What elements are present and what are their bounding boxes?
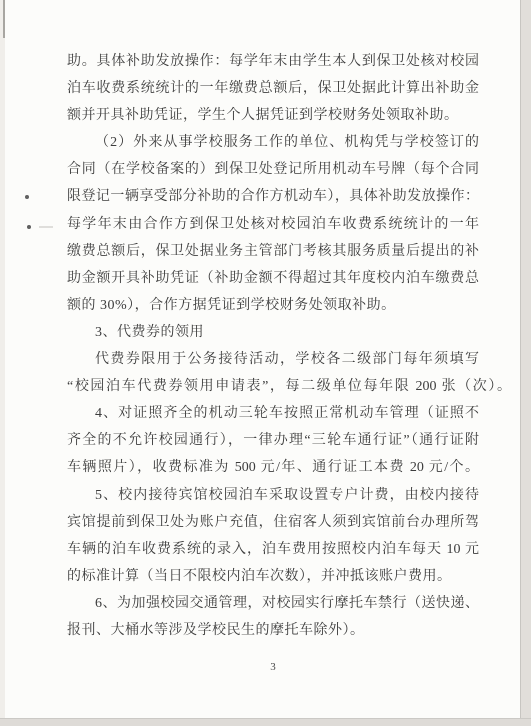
page-right-edge [520,0,531,726]
document-line: 限登记一辆享受部分补助的合作方机动车），具体补助发放操作： [67,183,479,210]
document-line: 4、对证照齐全的机动三轮车按照正常机动车管理（证照不 [67,400,479,427]
scan-artifact-dot [27,225,31,229]
document-page: 助。具体补助发放操作：每学年末由学生本人到保卫处核对校园泊车收费系统统计的一年缴… [5,0,520,718]
document-line: 助。具体补助发放操作：每学年末由学生本人到保卫处核对校园 [67,48,479,75]
document-line: 泊车收费系统统计的一年缴费总额后，保卫处据此计算出补助金 [67,75,479,102]
document-line: 助金额开具补助凭证（补助金额不得超过其年度校内泊车缴费总 [67,265,479,292]
document-line: （2）外来从事学校服务工作的单位、机构凭与学校签订的 [67,129,479,156]
scan-crease [3,0,5,38]
document-line: 5、校内接待宾馆校园泊车采取设置专户计费，由校内接待 [67,482,479,509]
document-line: 额并开具补助凭证，学生个人据凭证到学校财务处领取补助。 [67,102,479,129]
scanned-document: { "colors": { "paper": "#fcfcfa", "ink":… [0,0,531,726]
page-bottom-edge [0,718,531,726]
document-line: 车辆的泊车收费系统的录入，泊车费用按照校内泊车每天 10 元 [67,536,479,563]
document-line: 车辆照片），收费标准为 500 元/年、通行证工本费 20 元/个。 [67,454,479,481]
document-line: “校园泊车代费券领用申请表”，每二级单位每年限 200 张（次）。 [67,373,511,400]
document-line: 6、为加强校园交通管理，对校园实行摩托车禁行（送快递、 [67,590,479,617]
document-body: 助。具体补助发放操作：每学年末由学生本人到保卫处核对校园泊车收费系统统计的一年缴… [67,48,479,644]
document-line: 3、代费券的领用 [67,319,479,346]
page-left-edge [0,0,5,726]
document-line: 的标准计算（当日不限校内泊车次数），并冲抵该账户费用。 [67,563,479,590]
document-line: 每学年末由合作方到保卫处核对校园泊车收费系统统计的一年 [67,211,479,238]
document-line: 缴费总额后，保卫处据业务主管部门考核其服务质量后提出的补 [67,238,479,265]
page-number: 3 [243,661,303,673]
document-line: 报刊、大桶水等涉及学校民生的摩托车除外）。 [67,617,479,644]
document-line: 合同（在学校备案的）到保卫处登记所用机动车号牌（每个合同 [67,156,479,183]
document-line: 额的 30%），合作方据凭证到学校财务处领取补助。 [67,292,479,319]
scan-artifact-dot [25,195,29,199]
document-line: 宾馆提前到保卫处为账户充值，住宿客人须到宾馆前台办理所驾 [67,509,479,536]
document-line: 齐全的不允许校园通行），一律办理“三轮车通行证”（通行证附 [67,427,479,454]
document-line: 代费券限用于公务接待活动，学校各二级部门每年须填写 [67,346,479,373]
